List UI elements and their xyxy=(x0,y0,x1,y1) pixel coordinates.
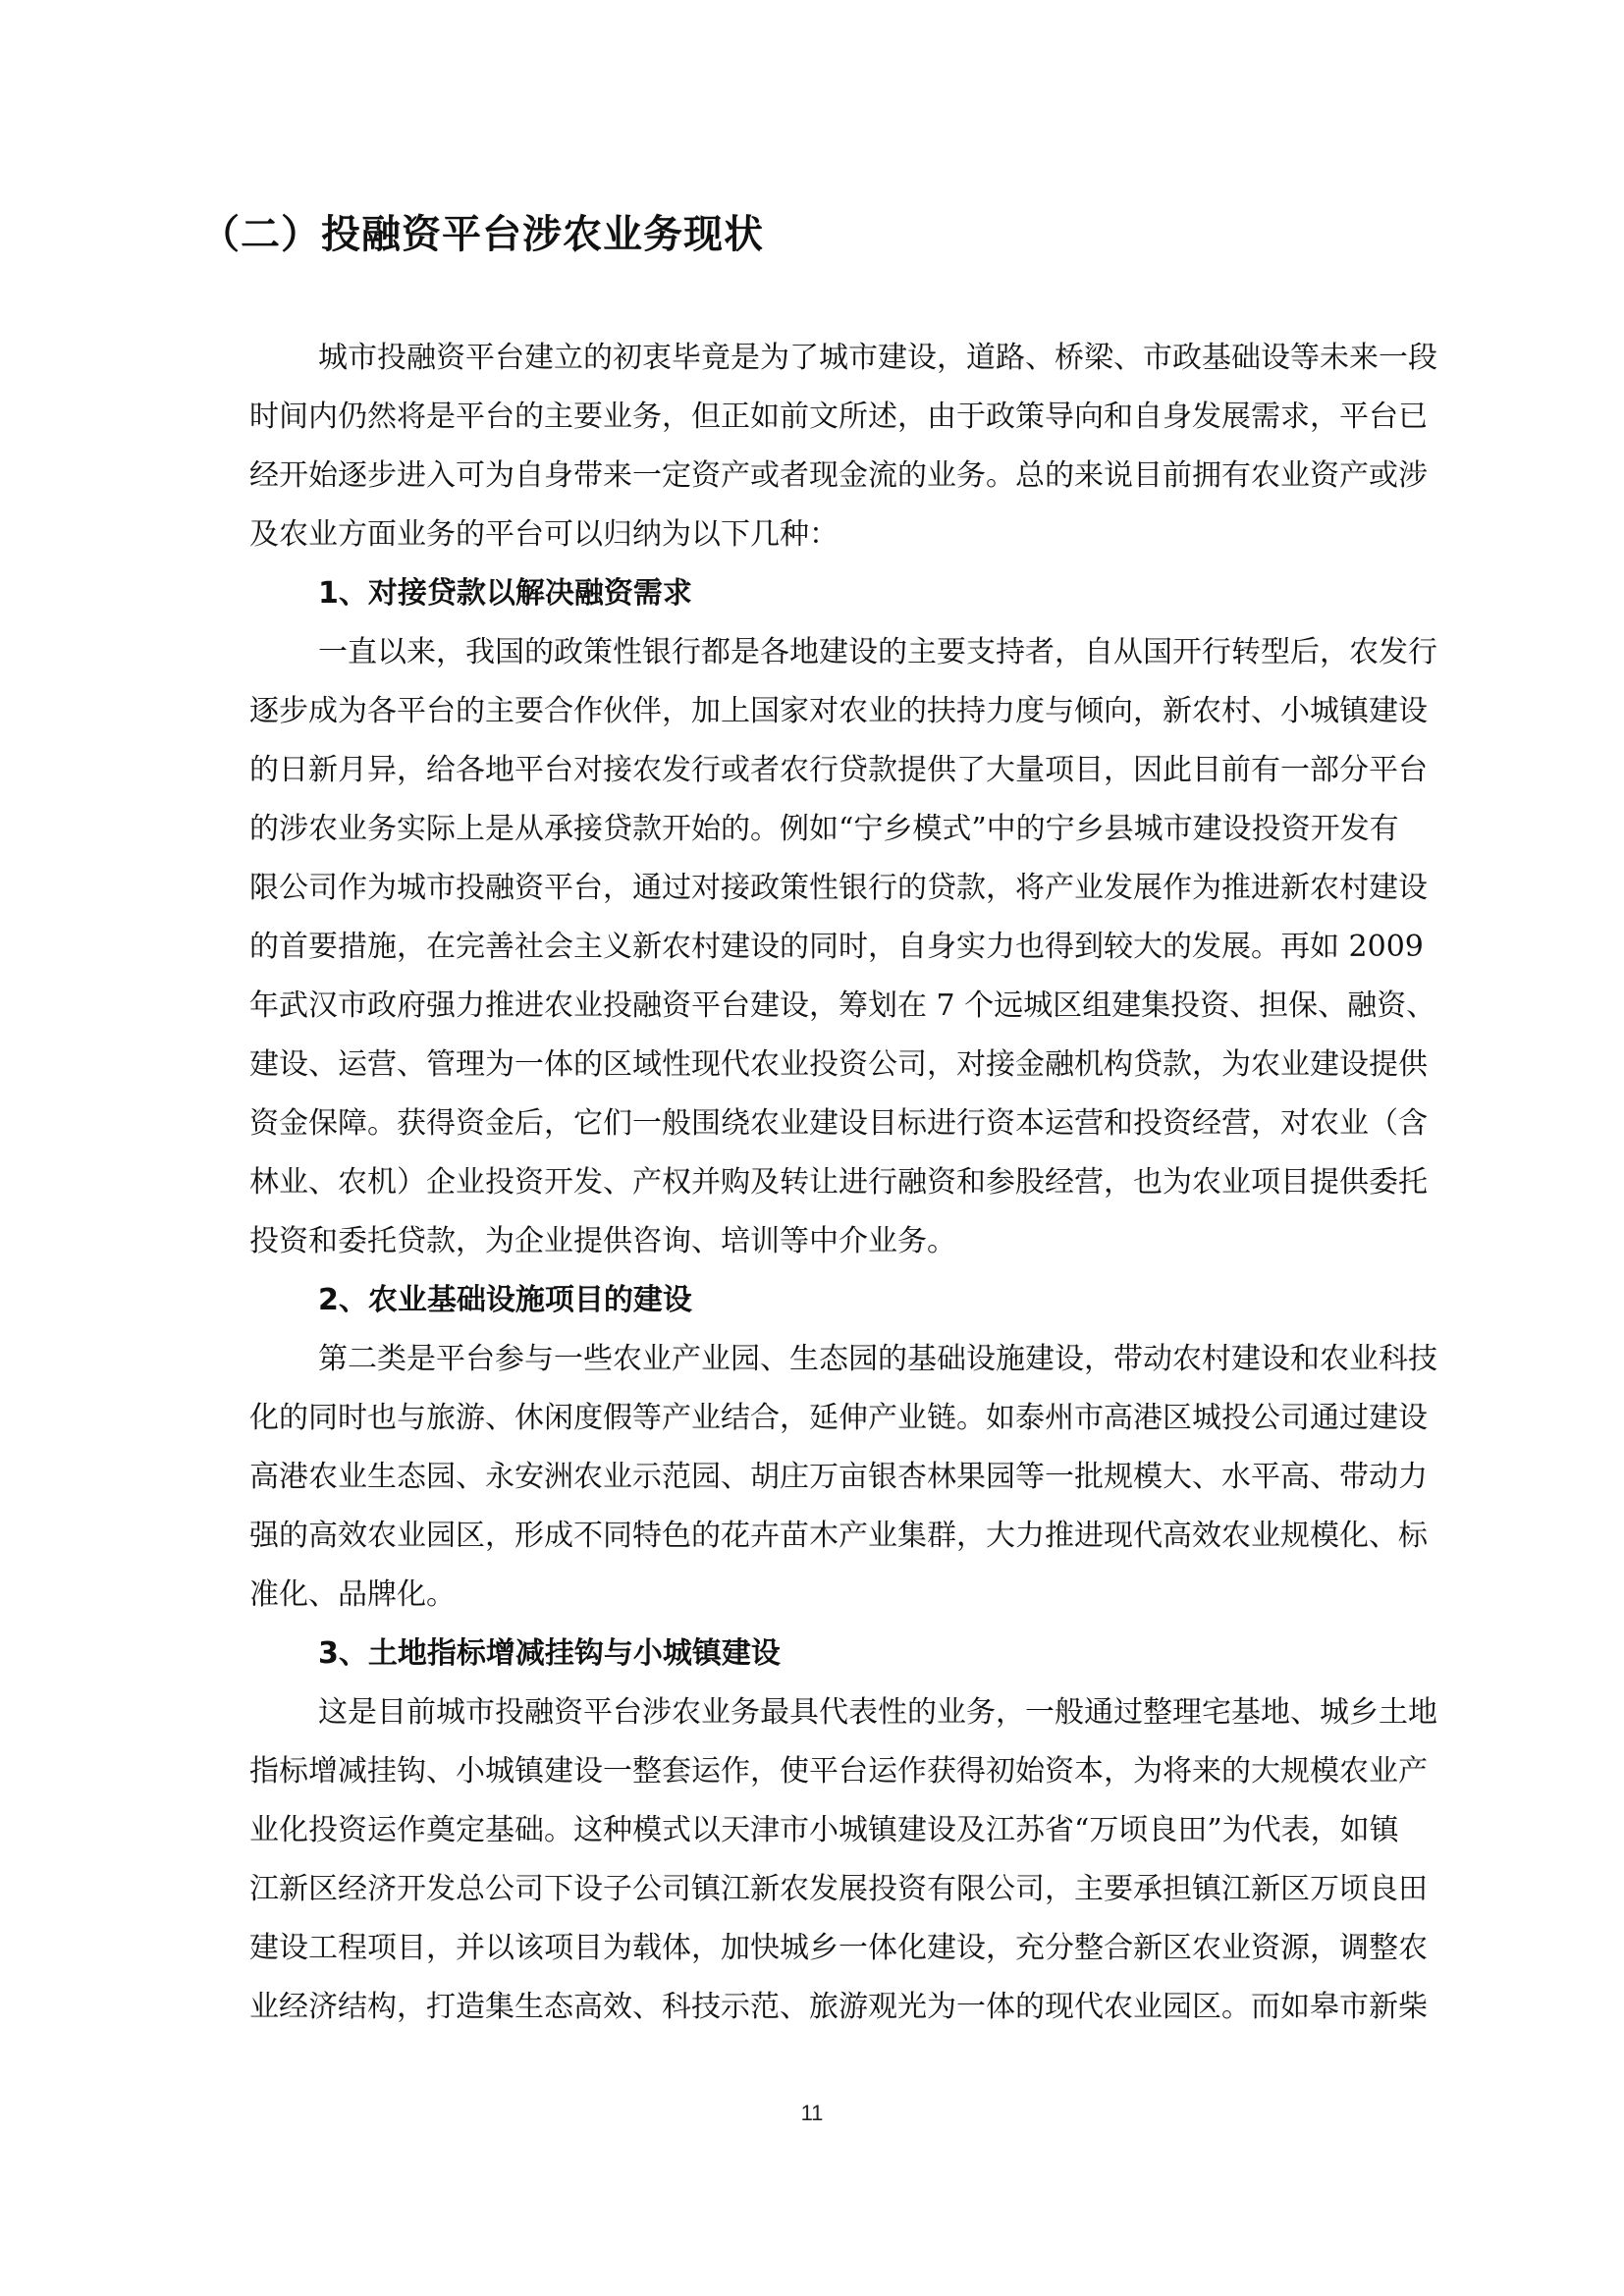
section-title: （二）投融资平台涉农业务现状 xyxy=(200,210,764,259)
paragraph-line: 及农业方面业务的平台可以归纳为以下几种： xyxy=(249,506,1379,564)
paragraph-line: 林业、农机）企业投资开发、产权并购及转让进行融资和参股经营，也为农业项目提供委托 xyxy=(249,1153,1379,1212)
paragraph-line: 的日新月异，给各地平台对接农发行或者农行贷款提供了大量项目，因此目前有一部分平台 xyxy=(249,741,1379,800)
paragraph-line: 第二类是平台参与一些农业产业园、生态园的基础设施建设，带动农村建设和农业科技 xyxy=(249,1330,1379,1389)
paragraph-line: 准化、品牌化。 xyxy=(249,1566,1379,1625)
paragraph-line: 高港农业生态园、永安洲农业示范园、胡庄万亩银杏林果园等一批规模大、水平高、带动力 xyxy=(249,1448,1379,1507)
paragraph-line: 的首要措施，在完善社会主义新农村建设的同时，自身实力也得到较大的发展。再如 20… xyxy=(249,918,1379,977)
intro-paragraph: 城市投融资平台建立的初衷毕竟是为了城市建设，道路、桥梁、市政基础设等未来一段 时… xyxy=(249,329,1379,564)
subheading-1: 1、对接贷款以解决融资需求 xyxy=(249,564,1379,623)
subheading-2: 2、农业基础设施项目的建设 xyxy=(249,1271,1379,1330)
paragraph-line: 业经济结构，打造集生态高效、科技示范、旅游观光为一体的现代农业园区。而如皋市新柴 xyxy=(249,1978,1379,2037)
paragraph-line: 年武汉市政府强力推进农业投融资平台建设，筹划在 7 个远城区组建集投资、担保、融… xyxy=(249,977,1379,1036)
paragraph-line: 江新区经济开发总公司下设子公司镇江新农发展投资有限公司，主要承担镇江新区万顷良田 xyxy=(249,1860,1379,1919)
paragraph-line: 建设、运营、管理为一体的区域性现代农业投资公司，对接金融机构贷款，为农业建设提供 xyxy=(249,1036,1379,1095)
paragraph-line: 经开始逐步进入可为自身带来一定资产或者现金流的业务。总的来说目前拥有农业资产或涉 xyxy=(249,447,1379,506)
paragraph-line: 限公司作为城市投融资平台，通过对接政策性银行的贷款，将产业发展作为推进新农村建设 xyxy=(249,859,1379,918)
paragraph-line: 指标增减挂钩、小城镇建设一整套运作，使平台运作获得初始资本，为将来的大规模农业产 xyxy=(249,1742,1379,1801)
page-number: 11 xyxy=(0,2101,1624,2126)
paragraph-line: 的涉农业务实际上是从承接贷款开始的。例如“宁乡模式”中的宁乡县城市建设投资开发有 xyxy=(249,800,1379,859)
paragraph-line: 投资和委托贷款，为企业提供咨询、培训等中介业务。 xyxy=(249,1212,1379,1271)
subheading-3: 3、土地指标增减挂钩与小城镇建设 xyxy=(249,1625,1379,1683)
paragraph-line: 化的同时也与旅游、休闲度假等产业结合，延伸产业链。如泰州市高港区城投公司通过建设 xyxy=(249,1389,1379,1448)
section-3: 3、土地指标增减挂钩与小城镇建设 这是目前城市投融资平台涉农业务最具代表性的业务… xyxy=(249,1625,1379,2037)
paragraph-line: 逐步成为各平台的主要合作伙伴，加上国家对农业的扶持力度与倾向，新农村、小城镇建设 xyxy=(249,682,1379,741)
paragraph-line: 强的高效农业园区，形成不同特色的花卉苗木产业集群，大力推进现代高效农业规模化、标 xyxy=(249,1507,1379,1566)
section-1: 1、对接贷款以解决融资需求 一直以来，我国的政策性银行都是各地建设的主要支持者，… xyxy=(249,564,1379,1271)
document-page: （二）投融资平台涉农业务现状 城市投融资平台建立的初衷毕竟是为了城市建设，道路、… xyxy=(0,0,1624,2296)
paragraph-line: 建设工程项目，并以该项目为载体，加快城乡一体化建设，充分整合新区农业资源，调整农 xyxy=(249,1919,1379,1978)
paragraph-line: 一直以来，我国的政策性银行都是各地建设的主要支持者，自从国开行转型后，农发行 xyxy=(249,623,1379,682)
body-text: 城市投融资平台建立的初衷毕竟是为了城市建设，道路、桥梁、市政基础设等未来一段 时… xyxy=(249,329,1379,2037)
section-2: 2、农业基础设施项目的建设 第二类是平台参与一些农业产业园、生态园的基础设施建设… xyxy=(249,1271,1379,1625)
paragraph-line: 这是目前城市投融资平台涉农业务最具代表性的业务，一般通过整理宅基地、城乡土地 xyxy=(249,1683,1379,1742)
paragraph-line: 时间内仍然将是平台的主要业务，但正如前文所述，由于政策导向和自身发展需求，平台已 xyxy=(249,388,1379,447)
paragraph-line: 资金保障。获得资金后，它们一般围绕农业建设目标进行资本运营和投资经营，对农业（含 xyxy=(249,1095,1379,1153)
paragraph-line: 业化投资运作奠定基础。这种模式以天津市小城镇建设及江苏省“万顷良田”为代表，如镇 xyxy=(249,1801,1379,1860)
paragraph-line: 城市投融资平台建立的初衷毕竟是为了城市建设，道路、桥梁、市政基础设等未来一段 xyxy=(249,329,1379,388)
